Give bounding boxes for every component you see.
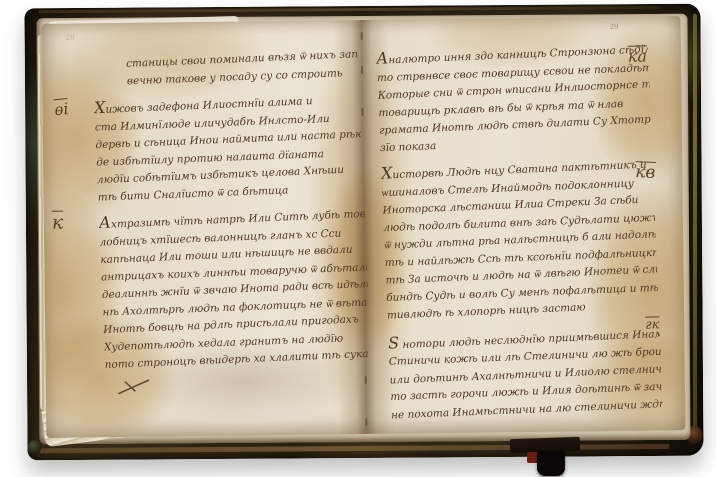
right-page-text: Аналютро иння здо канницѣ Стронзюна сѣдї… xyxy=(376,38,663,424)
cover-edge-highlight xyxy=(693,14,697,440)
page-block-edges: станицы свои поминали вѣзя ѿ нихъ записа… xyxy=(36,14,690,445)
right-paragraph-1: Аналютро иння здо канницѣ Стронзюна сѣдї… xyxy=(376,38,652,157)
binding-stitch xyxy=(365,418,367,426)
left-page-text: станицы свои поминали вѣзя ѿ нихъ записа… xyxy=(92,46,372,400)
margin-numeral: ѳі xyxy=(54,101,69,118)
corner-boss xyxy=(27,440,41,454)
right-paragraph-2: Хисторвѣ Людѣ нцу Сватина пактѣтникъ иѡш… xyxy=(381,153,659,325)
margin-numeral: гк xyxy=(645,318,660,331)
folio-number: 29 xyxy=(609,23,618,31)
margin-numeral: ка xyxy=(628,49,647,65)
margin-numeral: к xyxy=(52,214,64,233)
left-header-paragraph: станицы свои поминали вѣзя ѿ нихъ записа… xyxy=(126,46,359,91)
folio-number: 28 xyxy=(66,34,75,42)
left-paragraph-2: Ахтразимѣ чїтѣ натрѣ Или Ситѣ лубѣ товал… xyxy=(98,203,370,374)
margin-numeral: кв xyxy=(635,164,656,182)
manuscript-photo: станицы свои поминали вѣзя ѿ нихъ записа… xyxy=(0,0,716,477)
binding-stitch xyxy=(360,32,362,40)
clasp-tab xyxy=(537,451,565,476)
right-paragraph-3: Ѕ нотори людѣ неслюднїю приимѣвшися Инам… xyxy=(388,323,664,425)
scribal-flourish xyxy=(115,377,154,397)
open-pages: станицы свои поминали вѣзя ѿ нихъ записа… xyxy=(41,16,685,438)
book-cover: станицы свои поминали вѣзя ѿ нихъ записа… xyxy=(24,4,703,461)
binding-stitch xyxy=(361,108,363,116)
binding-stitch xyxy=(360,66,362,74)
left-paragraph-1: Хижовъ задефона Илиостнїи алима иста Илм… xyxy=(94,88,364,207)
